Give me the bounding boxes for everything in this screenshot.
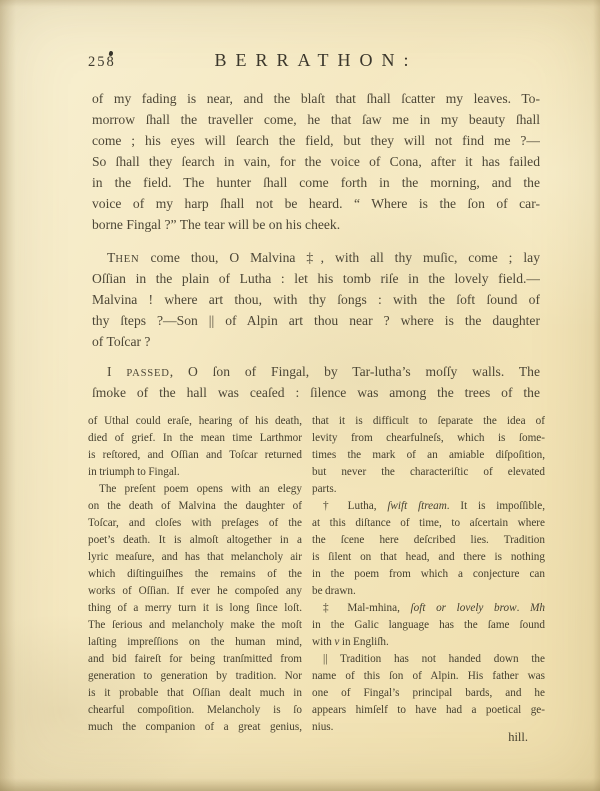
page-title: BERRATHON: <box>92 50 540 71</box>
main-text: of my fading is near, and the blaſt that… <box>92 88 540 403</box>
text-line: Oſſian in the plain of Lutha : let his t… <box>92 268 540 289</box>
text-line: is ſilent on that head, and there is not… <box>312 549 545 566</box>
text-line: of my fading is near, and the blaſt that… <box>92 88 540 109</box>
page-edge-right <box>593 0 600 791</box>
text-line: thy ſteps ?—Son || of Alpin art thou nea… <box>92 310 540 331</box>
footnote-right-column: that it is difficult to ſeparate the ide… <box>312 413 545 736</box>
text-line: levity from chearfulneſs, which is ſome- <box>312 430 545 447</box>
text-line: at this diſtance of time, to aſcertain w… <box>312 515 545 532</box>
text-line: come ; his eyes will ſearch the field, b… <box>92 130 540 151</box>
text-line: morrow ſhall the traveller come, he that… <box>92 109 540 130</box>
footnote-left-column: of Uthal could eraſe, hearing of his dea… <box>88 413 302 736</box>
text-line: I PASSED, O ſon of Fingal, by Tar-lutha’… <box>92 361 540 382</box>
text-line: works of Oſſian. If ever he compoſed any <box>88 583 302 600</box>
text-line: of Toſcar ? <box>92 331 540 352</box>
page-edge-bottom <box>0 778 600 791</box>
text-line: on the death of Malvina the daughter of <box>88 498 302 515</box>
page-edge-left <box>0 0 16 791</box>
text-line: † Lutha, ſwift ſtream. It is impoſſible, <box>312 498 545 515</box>
text-line: the ſcene here deſcribed lies. Tradition <box>312 532 545 549</box>
paragraph: THEN come thou, O Malvina ‡, with all th… <box>92 247 540 352</box>
text-line: appears himſelf to have had a poetical g… <box>312 702 545 719</box>
text-line: ſmoke of the hall was ceaſed : ſilence w… <box>92 382 540 403</box>
text-line: be drawn. <box>312 583 545 600</box>
text-line: much the companion of a great genius, <box>88 719 302 736</box>
text-line: times the mark of an amiable diſpoſition… <box>312 447 545 464</box>
text-line: lyric meaſure, and has that melancholy a… <box>88 549 302 566</box>
text-line: THEN come thou, O Malvina ‡, with all th… <box>92 247 540 268</box>
text-line: is it probable that Oſſian dealt much in <box>88 685 302 702</box>
text-line: name of this ſon of Alpin. His father wa… <box>312 668 545 685</box>
text-line: in the Galic language has the ſame ſound <box>312 617 545 634</box>
text-line: generation to generation by tradition. N… <box>88 668 302 685</box>
paragraph: of my fading is near, and the blaſt that… <box>92 88 540 235</box>
text-line: which diſtinguiſhes the remains of the <box>88 566 302 583</box>
text-line: in the poem from which a conjecture can <box>312 566 545 583</box>
text-line: chearful compoſition. Melancholy is ſo <box>88 702 302 719</box>
text-line: but never the characteriſtic of elevated <box>312 464 545 481</box>
text-line: Malvina ! where art thou, with thy ſongs… <box>92 289 540 310</box>
text-line: with v in Engliſh. <box>312 634 545 651</box>
text-line: died of grief. In the mean time Larthmor <box>88 430 302 447</box>
text-line: thing of a merry turn it is long ſince l… <box>88 600 302 617</box>
text-line: So ſhall they ſearch in vain, for the vo… <box>92 151 540 172</box>
catchword: hill. <box>508 730 528 745</box>
text-line: is reſtored, and Oſſian and Toſcar retur… <box>88 447 302 464</box>
text-line: that it is difficult to ſeparate the ide… <box>312 413 545 430</box>
paragraph: I PASSED, O ſon of Fingal, by Tar-lutha’… <box>92 361 540 403</box>
text-line: in triumph to Fingal. <box>88 464 302 481</box>
text-line: parts. <box>312 481 545 498</box>
text-line: ‡ Mal-mhina, ſoft or lovely brow. Mh <box>312 600 545 617</box>
text-line: one of Fingal’s principal bards, and he <box>312 685 545 702</box>
text-line: in the field. The hunter ſhall come fort… <box>92 172 540 193</box>
text-line: || Tradition has not handed down the <box>312 651 545 668</box>
text-line: poet’s death. It is almoſt altogether in… <box>88 532 302 549</box>
text-line: Toſcar, and cloſes with preſages of the <box>88 515 302 532</box>
text-line: The ſerious and melancholy make the moſt <box>88 617 302 634</box>
text-line: voice of my harp ſhall not be heard. “ W… <box>92 193 540 214</box>
book-page: 258 BERRATHON: of my fading is near, and… <box>0 0 600 791</box>
text-line: borne Fingal ?” The tear will be on his … <box>92 214 540 235</box>
text-line: The preſent poem opens with an elegy <box>88 481 302 498</box>
text-line: and bid faireſt for being tranſmitted fr… <box>88 651 302 668</box>
page-edge-top <box>0 0 600 7</box>
text-line: laſting impreſſions on the human mind, <box>88 634 302 651</box>
text-line: of Uthal could eraſe, hearing of his dea… <box>88 413 302 430</box>
